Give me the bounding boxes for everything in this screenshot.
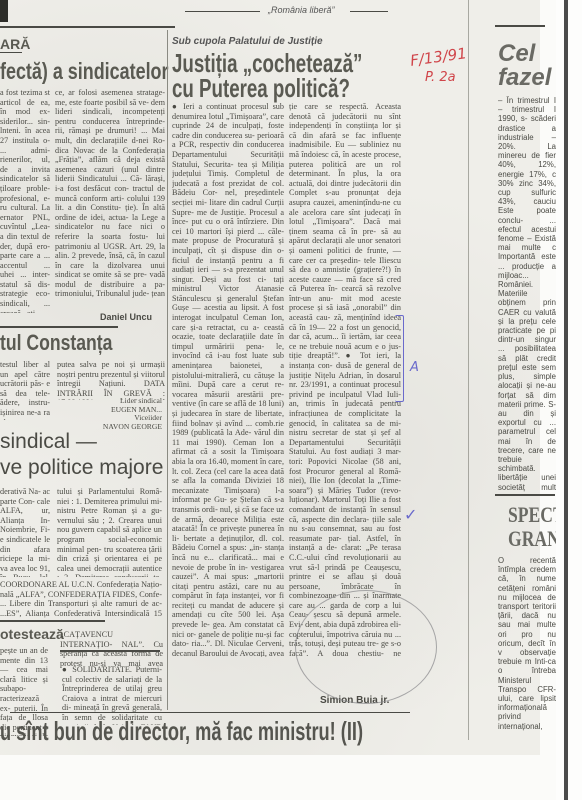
sindical-footer: COORDONARE AL U.C.N. Confederația Națio-… bbox=[0, 580, 162, 618]
protesteaza-col2: „CAȚAVENCU INTERNAȚIO- NAL”. Cu speranța… bbox=[60, 630, 163, 668]
protesteaza-rule bbox=[0, 620, 105, 622]
newspaper-scan: „România liberă” ARĂ fectă) a sindicatel… bbox=[0, 0, 540, 755]
solidaritate-rule bbox=[60, 650, 160, 652]
left-article-byline: Daniel Uncu bbox=[100, 312, 152, 322]
margin-bracket bbox=[395, 315, 404, 402]
justitia-col2: ție care se respectă. Aceasta denotă că … bbox=[289, 102, 401, 657]
sindical-col1: derativă Na- ac parte Con- cale ALFA, ur… bbox=[0, 487, 50, 577]
justitia-kicker: Sub cupola Palatului de Justiție bbox=[172, 36, 323, 47]
right-article-text: – În trimestrul I – trimestrul I 1990, s… bbox=[498, 96, 556, 492]
justitia-bottom-rule bbox=[172, 712, 402, 713]
scan-edge-bar bbox=[564, 0, 568, 800]
right-article2-text: O recentă întîmpla credem că, în nume ce… bbox=[498, 556, 556, 732]
left-headline: fectă) a sindicatelor bbox=[0, 58, 169, 85]
masthead-credit: „România liberă” bbox=[268, 5, 335, 15]
constanta-headline: tul Constanța bbox=[0, 330, 112, 356]
justitia-headline-2: cu Puterea politică? bbox=[172, 73, 350, 104]
top-left-box bbox=[0, 0, 8, 22]
constanta-rule bbox=[0, 326, 118, 328]
margin-mark: A bbox=[410, 360, 419, 375]
left-kicker: ARĂ bbox=[0, 36, 30, 52]
left-article-col1: a fost tezima st articol de ea, în mod e… bbox=[0, 88, 50, 313]
right-mid-rule bbox=[495, 494, 555, 496]
sindical-headline-1: sindical — bbox=[0, 430, 97, 454]
constanta-col2: putea salva pe noi și urmașii noștri pen… bbox=[57, 360, 165, 400]
top-rule bbox=[0, 26, 175, 28]
scan-margin bbox=[556, 0, 582, 800]
masthead-rule-left bbox=[185, 11, 260, 12]
handwritten-date: F/13/91 bbox=[409, 44, 468, 70]
circled-annotation bbox=[295, 590, 437, 704]
constanta-signatures: Lider sindical EUGEN MAN... Viceiider NA… bbox=[90, 397, 162, 431]
right-top-rule bbox=[495, 25, 545, 27]
right-headline-2: fazel bbox=[498, 64, 551, 92]
sindical-col2: tului și Parlamentului Româ- niei : 1. D… bbox=[57, 487, 162, 577]
left-kicker-underline bbox=[0, 52, 22, 53]
sindical-headline-2: ve politice majore bbox=[0, 456, 163, 480]
check-mark-icon: ✓ bbox=[404, 505, 417, 525]
constanta-col1: testul liber al un apel către ucrătorii … bbox=[0, 360, 50, 420]
left-article-col2: ce, ar folosi asemenea stratage- me, est… bbox=[55, 88, 165, 298]
masthead-rule-right bbox=[350, 11, 388, 12]
protesteaza-headline: otestează bbox=[0, 626, 64, 642]
handwritten-page: P. 2a bbox=[425, 70, 456, 85]
signature-name-2: NAVON GEORGE bbox=[90, 423, 162, 432]
bottom-headline: u sînt bun de director, mă fac ministru!… bbox=[0, 716, 363, 747]
justitia-col1: ● Ieri a continuat procesul sub denumire… bbox=[172, 102, 284, 657]
column-divider-left bbox=[167, 30, 168, 710]
column-divider-right bbox=[468, 0, 469, 740]
